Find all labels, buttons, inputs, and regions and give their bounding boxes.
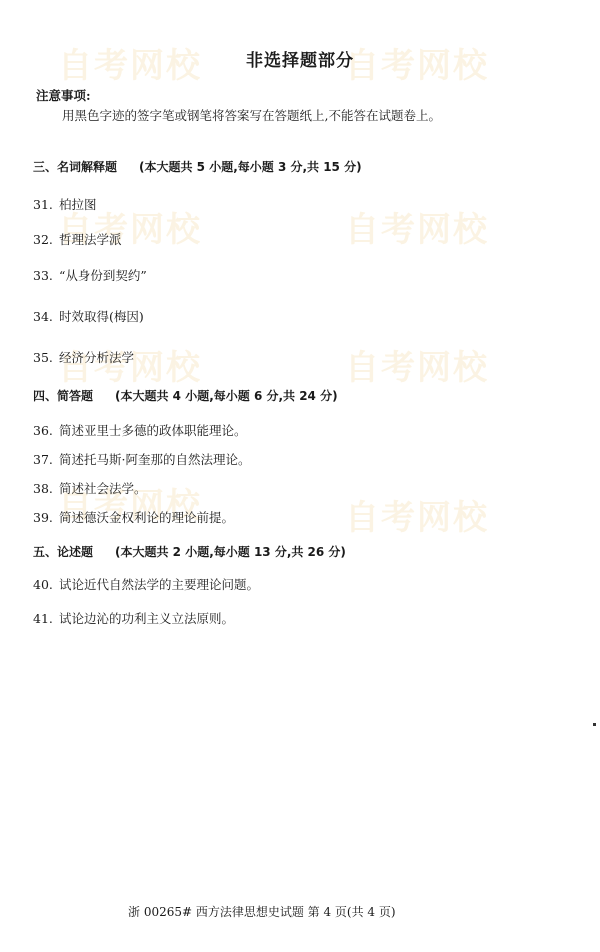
question-item: 40.试论近代自然法学的主要理论问题。 <box>33 575 259 593</box>
section-label: 三、名词解释题 <box>33 160 117 174</box>
question-item: 33.“从身份到契约” <box>33 266 147 284</box>
section-meta: (本大题共 2 小题,每小题 13 分,共 26 分) <box>115 545 346 559</box>
question-item: 38.简述社会法学。 <box>33 479 147 497</box>
question-text: 简述德沃金权利论的理论前提。 <box>59 510 234 525</box>
section-meta: (本大题共 5 小题,每小题 3 分,共 15 分) <box>139 160 362 174</box>
question-number: 40. <box>33 577 59 592</box>
watermark: 自考网校 <box>345 340 489 389</box>
watermark: 自考网校 <box>345 202 489 251</box>
notice-body: 用黑色字迹的签字笔或钢笔将答案写在答题纸上,不能答在试题卷上。 <box>62 106 441 124</box>
question-text: 柏拉图 <box>59 197 97 212</box>
question-item: 35.经济分析法学 <box>33 348 134 366</box>
question-text: 时效取得(梅因) <box>59 309 144 324</box>
question-text: 简述亚里士多德的政体职能理论。 <box>59 423 247 438</box>
question-text: 哲理法学派 <box>59 232 122 247</box>
question-number: 32. <box>33 232 59 247</box>
notice-heading: 注意事项: <box>36 86 91 104</box>
question-number: 35. <box>33 350 59 365</box>
question-item: 34.时效取得(梅因) <box>33 307 144 325</box>
question-text: 试论近代自然法学的主要理论问题。 <box>59 577 259 592</box>
question-text: 简述托马斯·阿奎那的自然法理论。 <box>59 452 250 467</box>
scan-speck <box>593 723 596 726</box>
question-number: 41. <box>33 611 59 626</box>
question-number: 38. <box>33 481 59 496</box>
watermark: 自考网校 <box>345 490 489 539</box>
question-number: 31. <box>33 197 59 212</box>
question-text: “从身份到契约” <box>59 268 147 283</box>
section-label: 五、论述题 <box>33 545 93 559</box>
question-number: 34. <box>33 309 59 324</box>
section-heading: 三、名词解释题(本大题共 5 小题,每小题 3 分,共 15 分) <box>33 158 362 175</box>
page-title: 非选择题部分 <box>0 46 600 71</box>
question-number: 36. <box>33 423 59 438</box>
question-item: 31.柏拉图 <box>33 195 97 213</box>
question-number: 39. <box>33 510 59 525</box>
question-text: 经济分析法学 <box>59 350 134 365</box>
section-heading: 四、简答题(本大题共 4 小题,每小题 6 分,共 24 分) <box>33 387 338 404</box>
section-meta: (本大题共 4 小题,每小题 6 分,共 24 分) <box>115 389 338 403</box>
question-item: 37.简述托马斯·阿奎那的自然法理论。 <box>33 450 250 468</box>
question-item: 41.试论边沁的功利主义立法原则。 <box>33 609 234 627</box>
page-footer: 浙 00265# 西方法律思想史试题 第 4 页(共 4 页) <box>128 903 396 920</box>
question-text: 试论边沁的功利主义立法原则。 <box>59 611 234 626</box>
section-label: 四、简答题 <box>33 389 93 403</box>
section-heading: 五、论述题(本大题共 2 小题,每小题 13 分,共 26 分) <box>33 543 346 560</box>
question-text: 简述社会法学。 <box>59 481 147 496</box>
question-number: 33. <box>33 268 59 283</box>
question-number: 37. <box>33 452 59 467</box>
question-item: 39.简述德沃金权利论的理论前提。 <box>33 508 234 526</box>
question-item: 32.哲理法学派 <box>33 230 122 248</box>
question-item: 36.简述亚里士多德的政体职能理论。 <box>33 421 247 439</box>
